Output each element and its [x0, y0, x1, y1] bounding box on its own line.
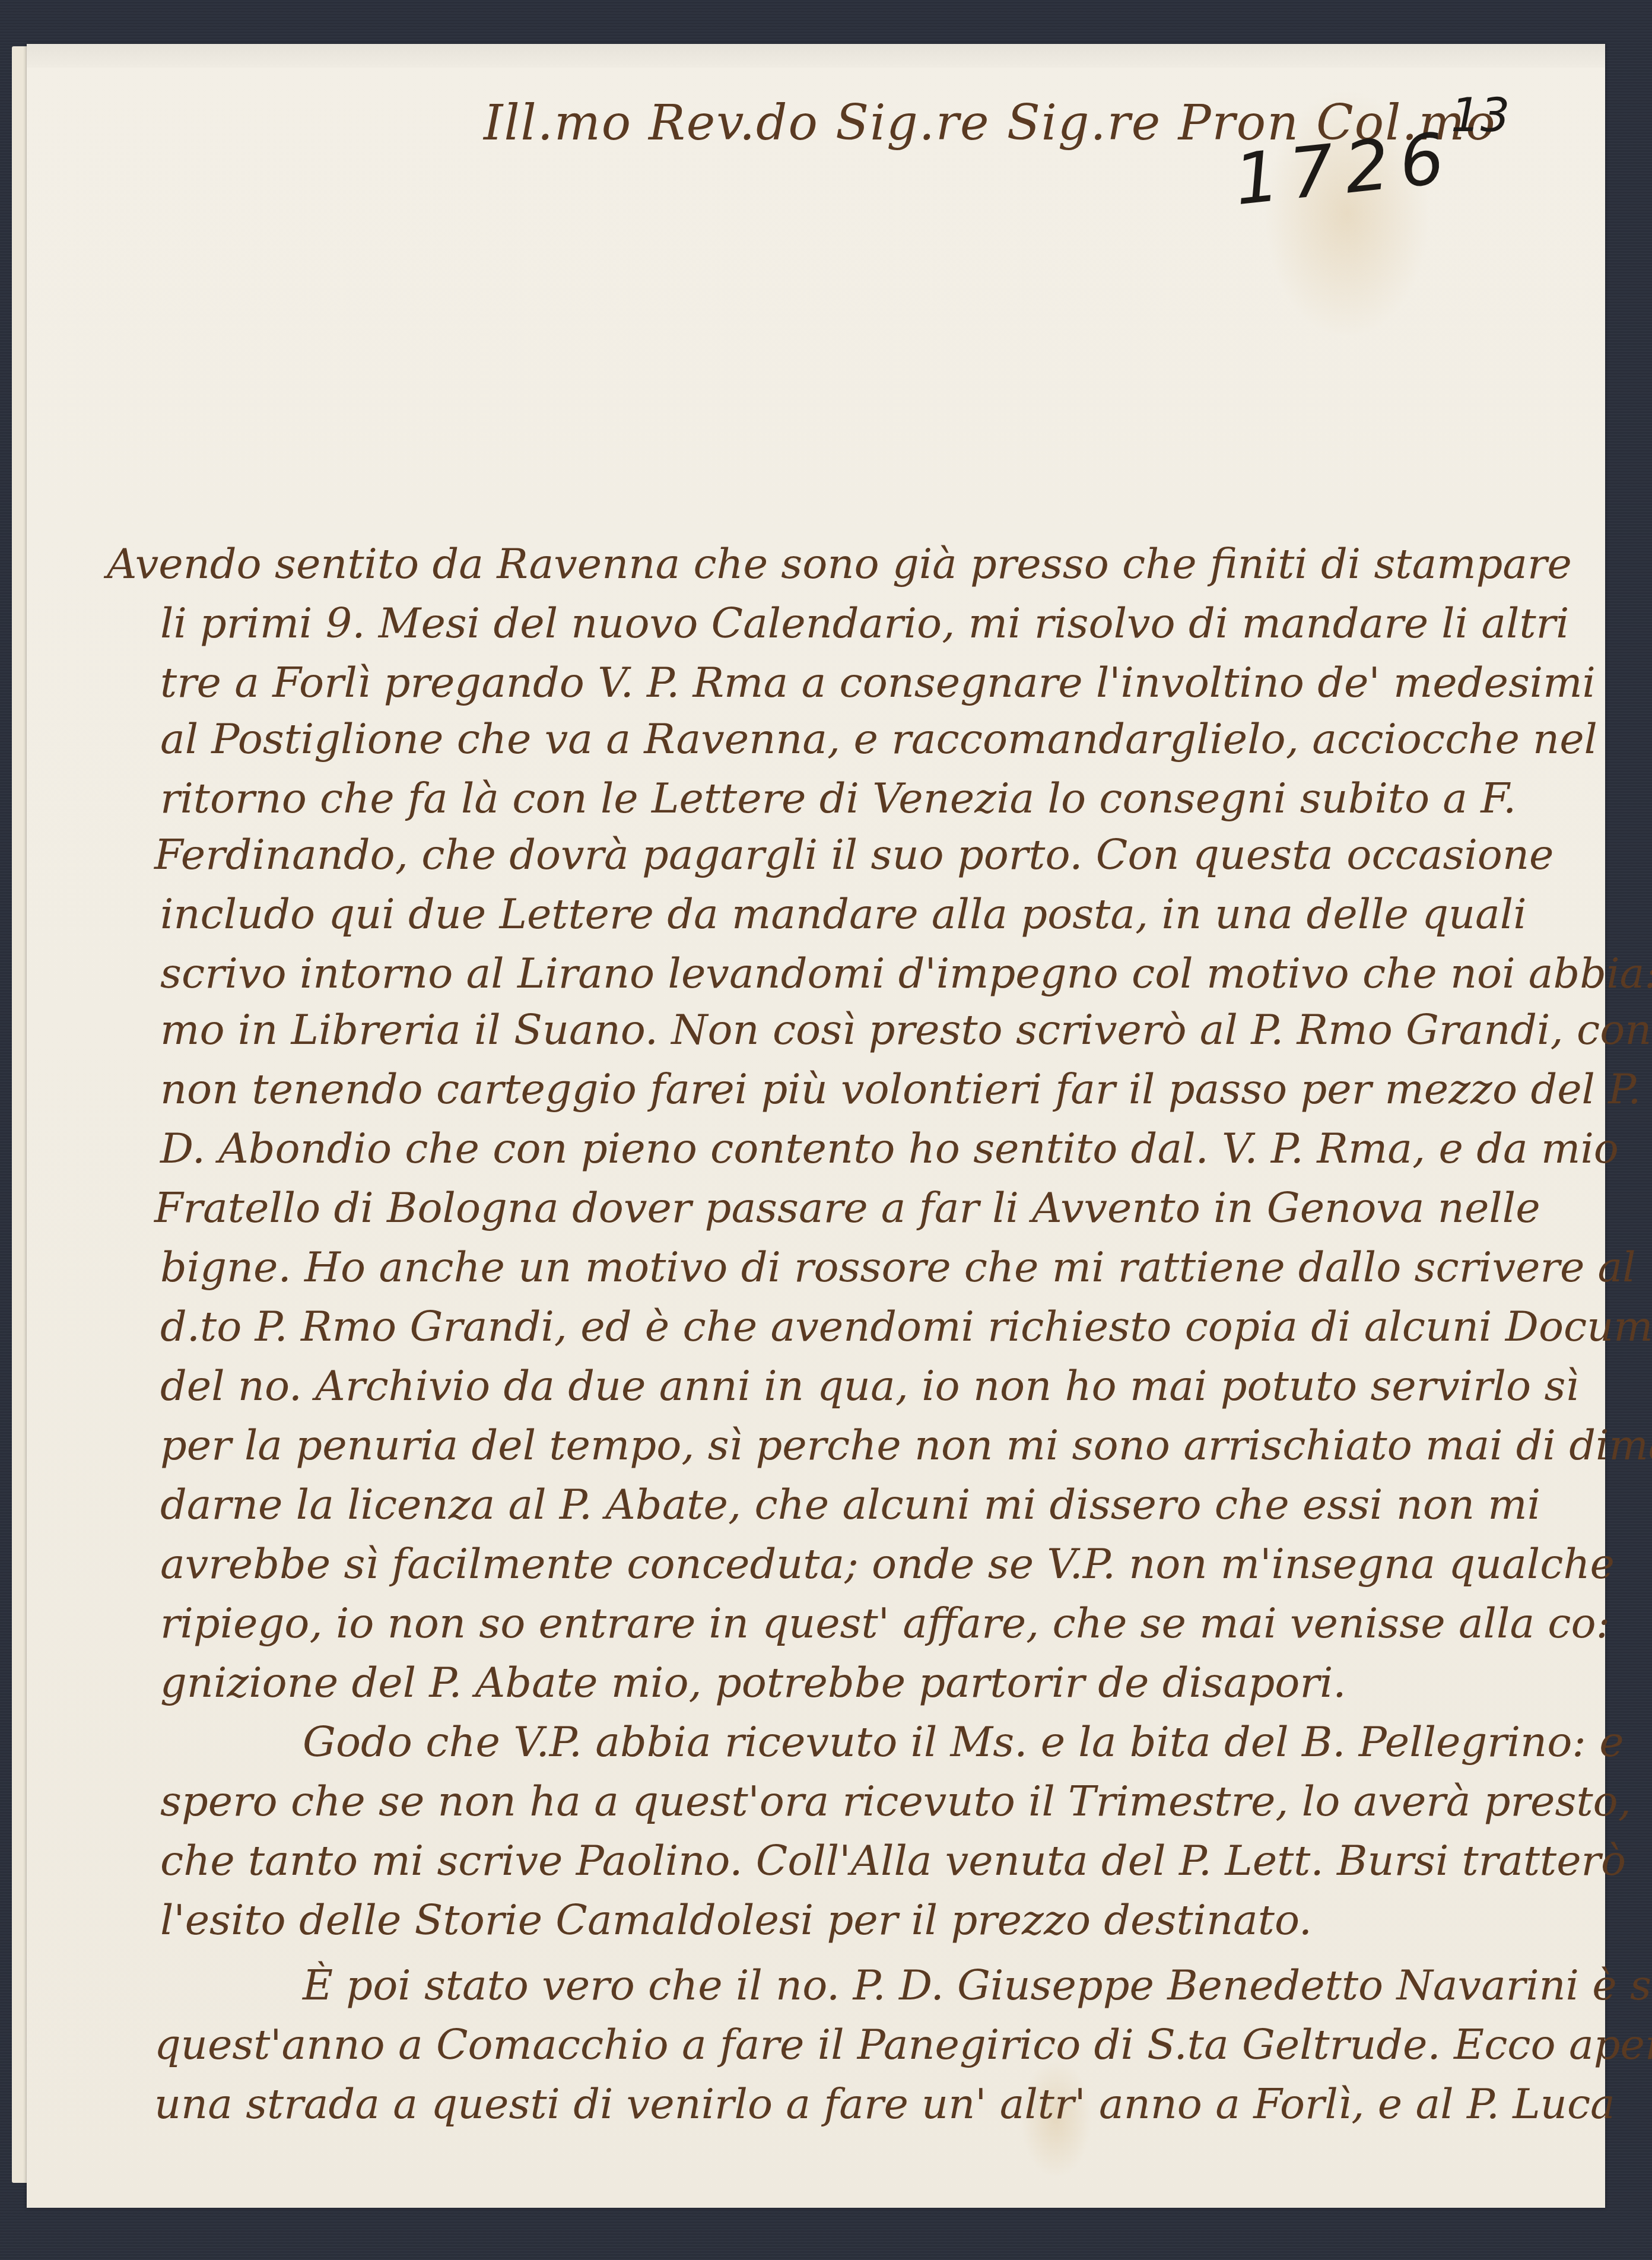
text-line: l'esito delle Storie Camaldolesi per il …	[160, 1890, 1312, 1950]
text-line: mo in Libreria il Suano. Non così presto…	[160, 1000, 1652, 1059]
text-line: li primi 9. Mesi del nuovo Calendario, m…	[160, 593, 1569, 653]
text-line: gnizione del P. Abate mio, potrebbe part…	[160, 1653, 1346, 1712]
top-fold-edge	[27, 44, 1605, 68]
text-line: d.to P. Rmo Grandi, ed è che avendomi ri…	[160, 1297, 1652, 1356]
text-line: È poi stato vero che il no. P. D. Giusep…	[303, 1956, 1652, 2015]
text-line: Ferdinando, che dovrà pagargli il suo po…	[154, 825, 1554, 884]
text-line: non tenendo carteggio farei più volontie…	[160, 1059, 1641, 1119]
text-line: Godo che V.P. abbia ricevuto il Ms. e la…	[303, 1712, 1624, 1772]
text-line: una strada a questi di venirlo a fare un…	[154, 2074, 1615, 2134]
text-line: per la penuria del tempo, sì perche non …	[160, 1415, 1652, 1475]
text-line: scrivo intorno al Lirano levandomi d'imp…	[160, 944, 1652, 1003]
folio-number: 13	[1451, 89, 1510, 142]
text-line: che tanto mi scrive Paolino. Coll'Alla v…	[160, 1831, 1626, 1890]
text-line: ritorno che fa là con le Lettere di Vene…	[160, 769, 1516, 828]
text-line: Fratello di Bologna dover passare a far …	[154, 1178, 1540, 1237]
text-line: al Postiglione che va a Ravenna, e racco…	[160, 709, 1597, 769]
text-line: darne la licenza al P. Abate, che alcuni…	[160, 1475, 1540, 1534]
text-line: tre a Forlì pregando V. P. Rma a consegn…	[160, 653, 1596, 712]
text-line: quest'anno a Comacchio a fare il Panegir…	[154, 2015, 1652, 2074]
text-line: Avendo sentito da Ravenna che sono già p…	[107, 534, 1572, 593]
text-line: avrebbe sì facilmente conceduta; onde se…	[160, 1534, 1615, 1594]
text-line: D. Abondio che con pieno contento ho sen…	[160, 1119, 1619, 1178]
text-line: ripiego, io non so entrare in quest' aff…	[160, 1594, 1610, 1653]
text-line: spero che se non ha a quest'ora ricevuto…	[160, 1772, 1631, 1831]
text-line: bigne. Ho anche un motivo di rossore che…	[160, 1237, 1636, 1297]
text-line: includo qui due Lettere da mandare alla …	[160, 884, 1527, 944]
text-line: del no. Archivio da due anni in qua, io …	[160, 1356, 1579, 1415]
